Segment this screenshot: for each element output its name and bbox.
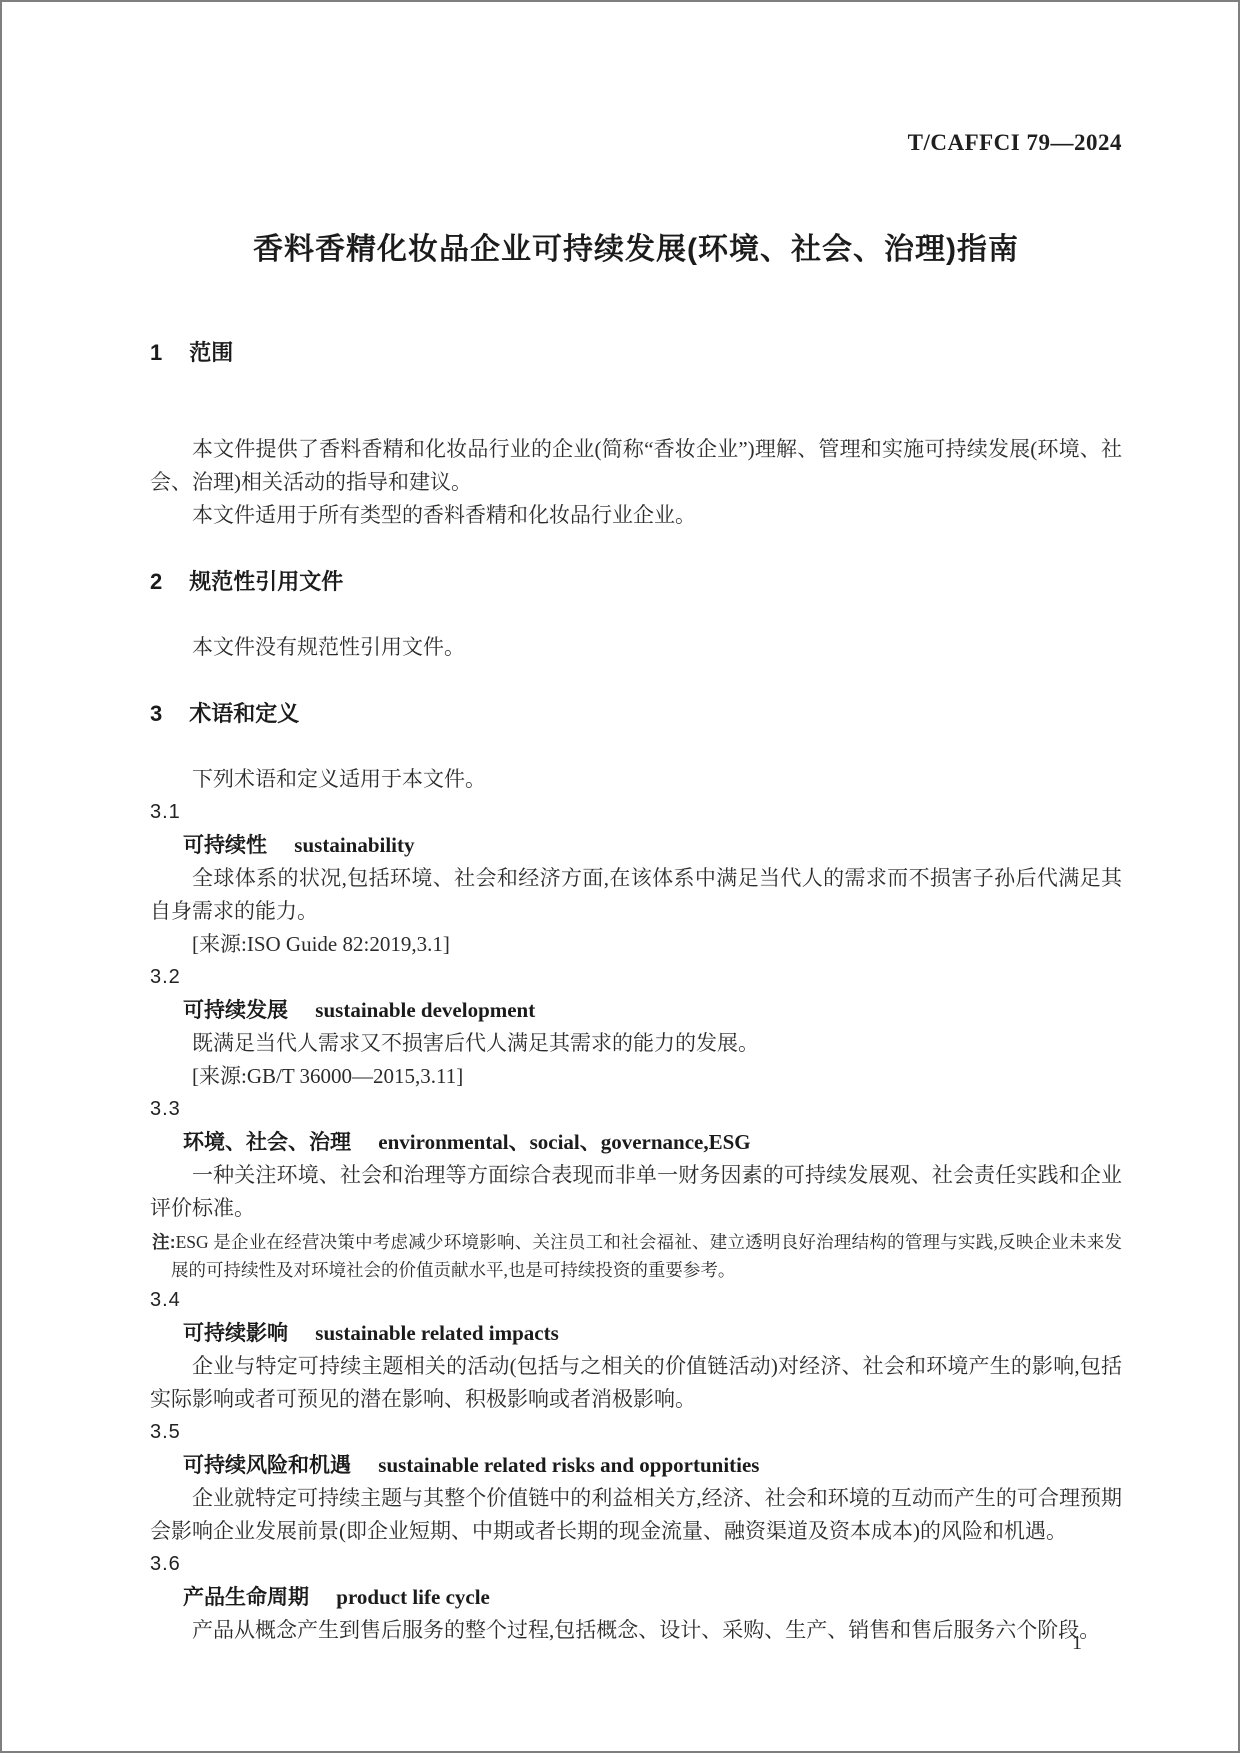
document-page: T/CAFFCI 79—2024 香料香精化妆品企业可持续发展(环境、社会、治理… <box>0 0 1240 1753</box>
term-id: 3.3 <box>150 1093 1122 1126</box>
term-zh: 可持续发展 <box>183 999 288 1022</box>
term-entry-3-2: 3.2 可持续发展sustainable development 既满足当代人需… <box>150 961 1122 1093</box>
term-en: sustainable related risks and opportunit… <box>378 1453 759 1477</box>
section-title: 范围 <box>189 340 233 365</box>
term-entry-3-5: 3.5 可持续风险和机遇sustainable related risks an… <box>150 1416 1122 1548</box>
section-title: 规范性引用文件 <box>189 569 343 594</box>
term-definition: 企业与特定可持续主题相关的活动(包括与之相关的价值链活动)对经济、社会和环境产生… <box>150 1350 1122 1416</box>
term-zh: 可持续影响 <box>183 1322 288 1345</box>
term-zh: 可持续性 <box>183 834 267 857</box>
term-heading: 可持续影响sustainable related impacts <box>183 1317 1122 1350</box>
term-id: 3.4 <box>150 1284 1122 1317</box>
term-definition: 全球体系的状况,包括环境、社会和经济方面,在该体系中满足当代人的需求而不损害子孙… <box>150 862 1122 928</box>
term-definition: 企业就特定可持续主题与其整个价值链中的利益相关方,经济、社会和环境的互动而产生的… <box>150 1482 1122 1548</box>
term-id: 3.2 <box>150 961 1122 994</box>
term-heading: 可持续性sustainability <box>183 829 1122 862</box>
term-heading: 可持续发展sustainable development <box>183 994 1122 1027</box>
term-definition: 既满足当代人需求又不损害后代人满足其需求的能力的发展。 <box>150 1027 1122 1060</box>
term-entry-3-4: 3.4 可持续影响sustainable related impacts 企业与… <box>150 1284 1122 1416</box>
section-heading-scope: 1范围 <box>150 336 1122 369</box>
section-heading-terms-definitions: 3术语和定义 <box>150 697 1122 730</box>
term-zh: 环境、社会、治理 <box>183 1131 351 1154</box>
term-heading: 产品生命周期product life cycle <box>183 1581 1122 1614</box>
term-note: 注:ESG 是企业在经营决策中考虑减少环境影响、关注员工和社会福祉、建立透明良好… <box>150 1228 1122 1284</box>
term-heading: 可持续风险和机遇sustainable related risks and op… <box>183 1449 1122 1482</box>
term-id: 3.1 <box>150 796 1122 829</box>
term-id: 3.5 <box>150 1416 1122 1449</box>
term-definition: 产品从概念产生到售后服务的整个过程,包括概念、设计、采购、生产、销售和售后服务六… <box>150 1614 1122 1647</box>
term-heading: 环境、社会、治理environmental、social、governance,… <box>183 1126 1122 1159</box>
paragraph: 下列术语和定义适用于本文件。 <box>150 763 1122 796</box>
term-zh: 产品生命周期 <box>183 1586 309 1609</box>
note-label: 注: <box>152 1232 176 1252</box>
section-number: 2 <box>150 569 162 594</box>
section-number: 1 <box>150 340 162 365</box>
term-entry-3-6: 3.6 产品生命周期product life cycle 产品从概念产生到售后服… <box>150 1548 1122 1647</box>
doc-title: 香料香精化妆品企业可持续发展(环境、社会、治理)指南 <box>150 224 1122 268</box>
term-zh: 可持续风险和机遇 <box>183 1454 351 1477</box>
term-definition: 一种关注环境、社会和治理等方面综合表现而非单一财务因素的可持续发展观、社会责任实… <box>150 1159 1122 1225</box>
paragraph: 本文件适用于所有类型的香料香精和化妆品行业企业。 <box>150 499 1122 532</box>
page-number: 1 <box>1072 1632 1082 1655</box>
term-en: sustainable related impacts <box>315 1321 558 1345</box>
term-en: sustainability <box>294 833 414 857</box>
section-number: 3 <box>150 701 162 726</box>
paragraph: 本文件没有规范性引用文件。 <box>150 631 1122 664</box>
term-source: [来源:GB/T 36000—2015,3.11] <box>150 1060 1122 1093</box>
paragraph: 本文件提供了香料香精和化妆品行业的企业(简称“香妆企业”)理解、管理和实施可持续… <box>150 433 1122 499</box>
term-entry-3-1: 3.1 可持续性sustainability 全球体系的状况,包括环境、社会和经… <box>150 796 1122 961</box>
term-en: environmental、social、governance,ESG <box>378 1130 750 1154</box>
term-source: [来源:ISO Guide 82:2019,3.1] <box>150 928 1122 961</box>
section-title: 术语和定义 <box>189 701 299 726</box>
term-id: 3.6 <box>150 1548 1122 1581</box>
note-text: ESG 是企业在经营决策中考虑减少环境影响、关注员工和社会福祉、建立透明良好治理… <box>171 1232 1122 1280</box>
page-content: T/CAFFCI 79—2024 香料香精化妆品企业可持续发展(环境、社会、治理… <box>150 2 1122 1647</box>
term-en: sustainable development <box>315 998 535 1022</box>
term-entry-3-3: 3.3 环境、社会、治理environmental、social、governa… <box>150 1093 1122 1284</box>
section-heading-normative-references: 2规范性引用文件 <box>150 565 1122 598</box>
doc-code: T/CAFFCI 79—2024 <box>150 2 1122 156</box>
term-en: product life cycle <box>336 1585 490 1609</box>
